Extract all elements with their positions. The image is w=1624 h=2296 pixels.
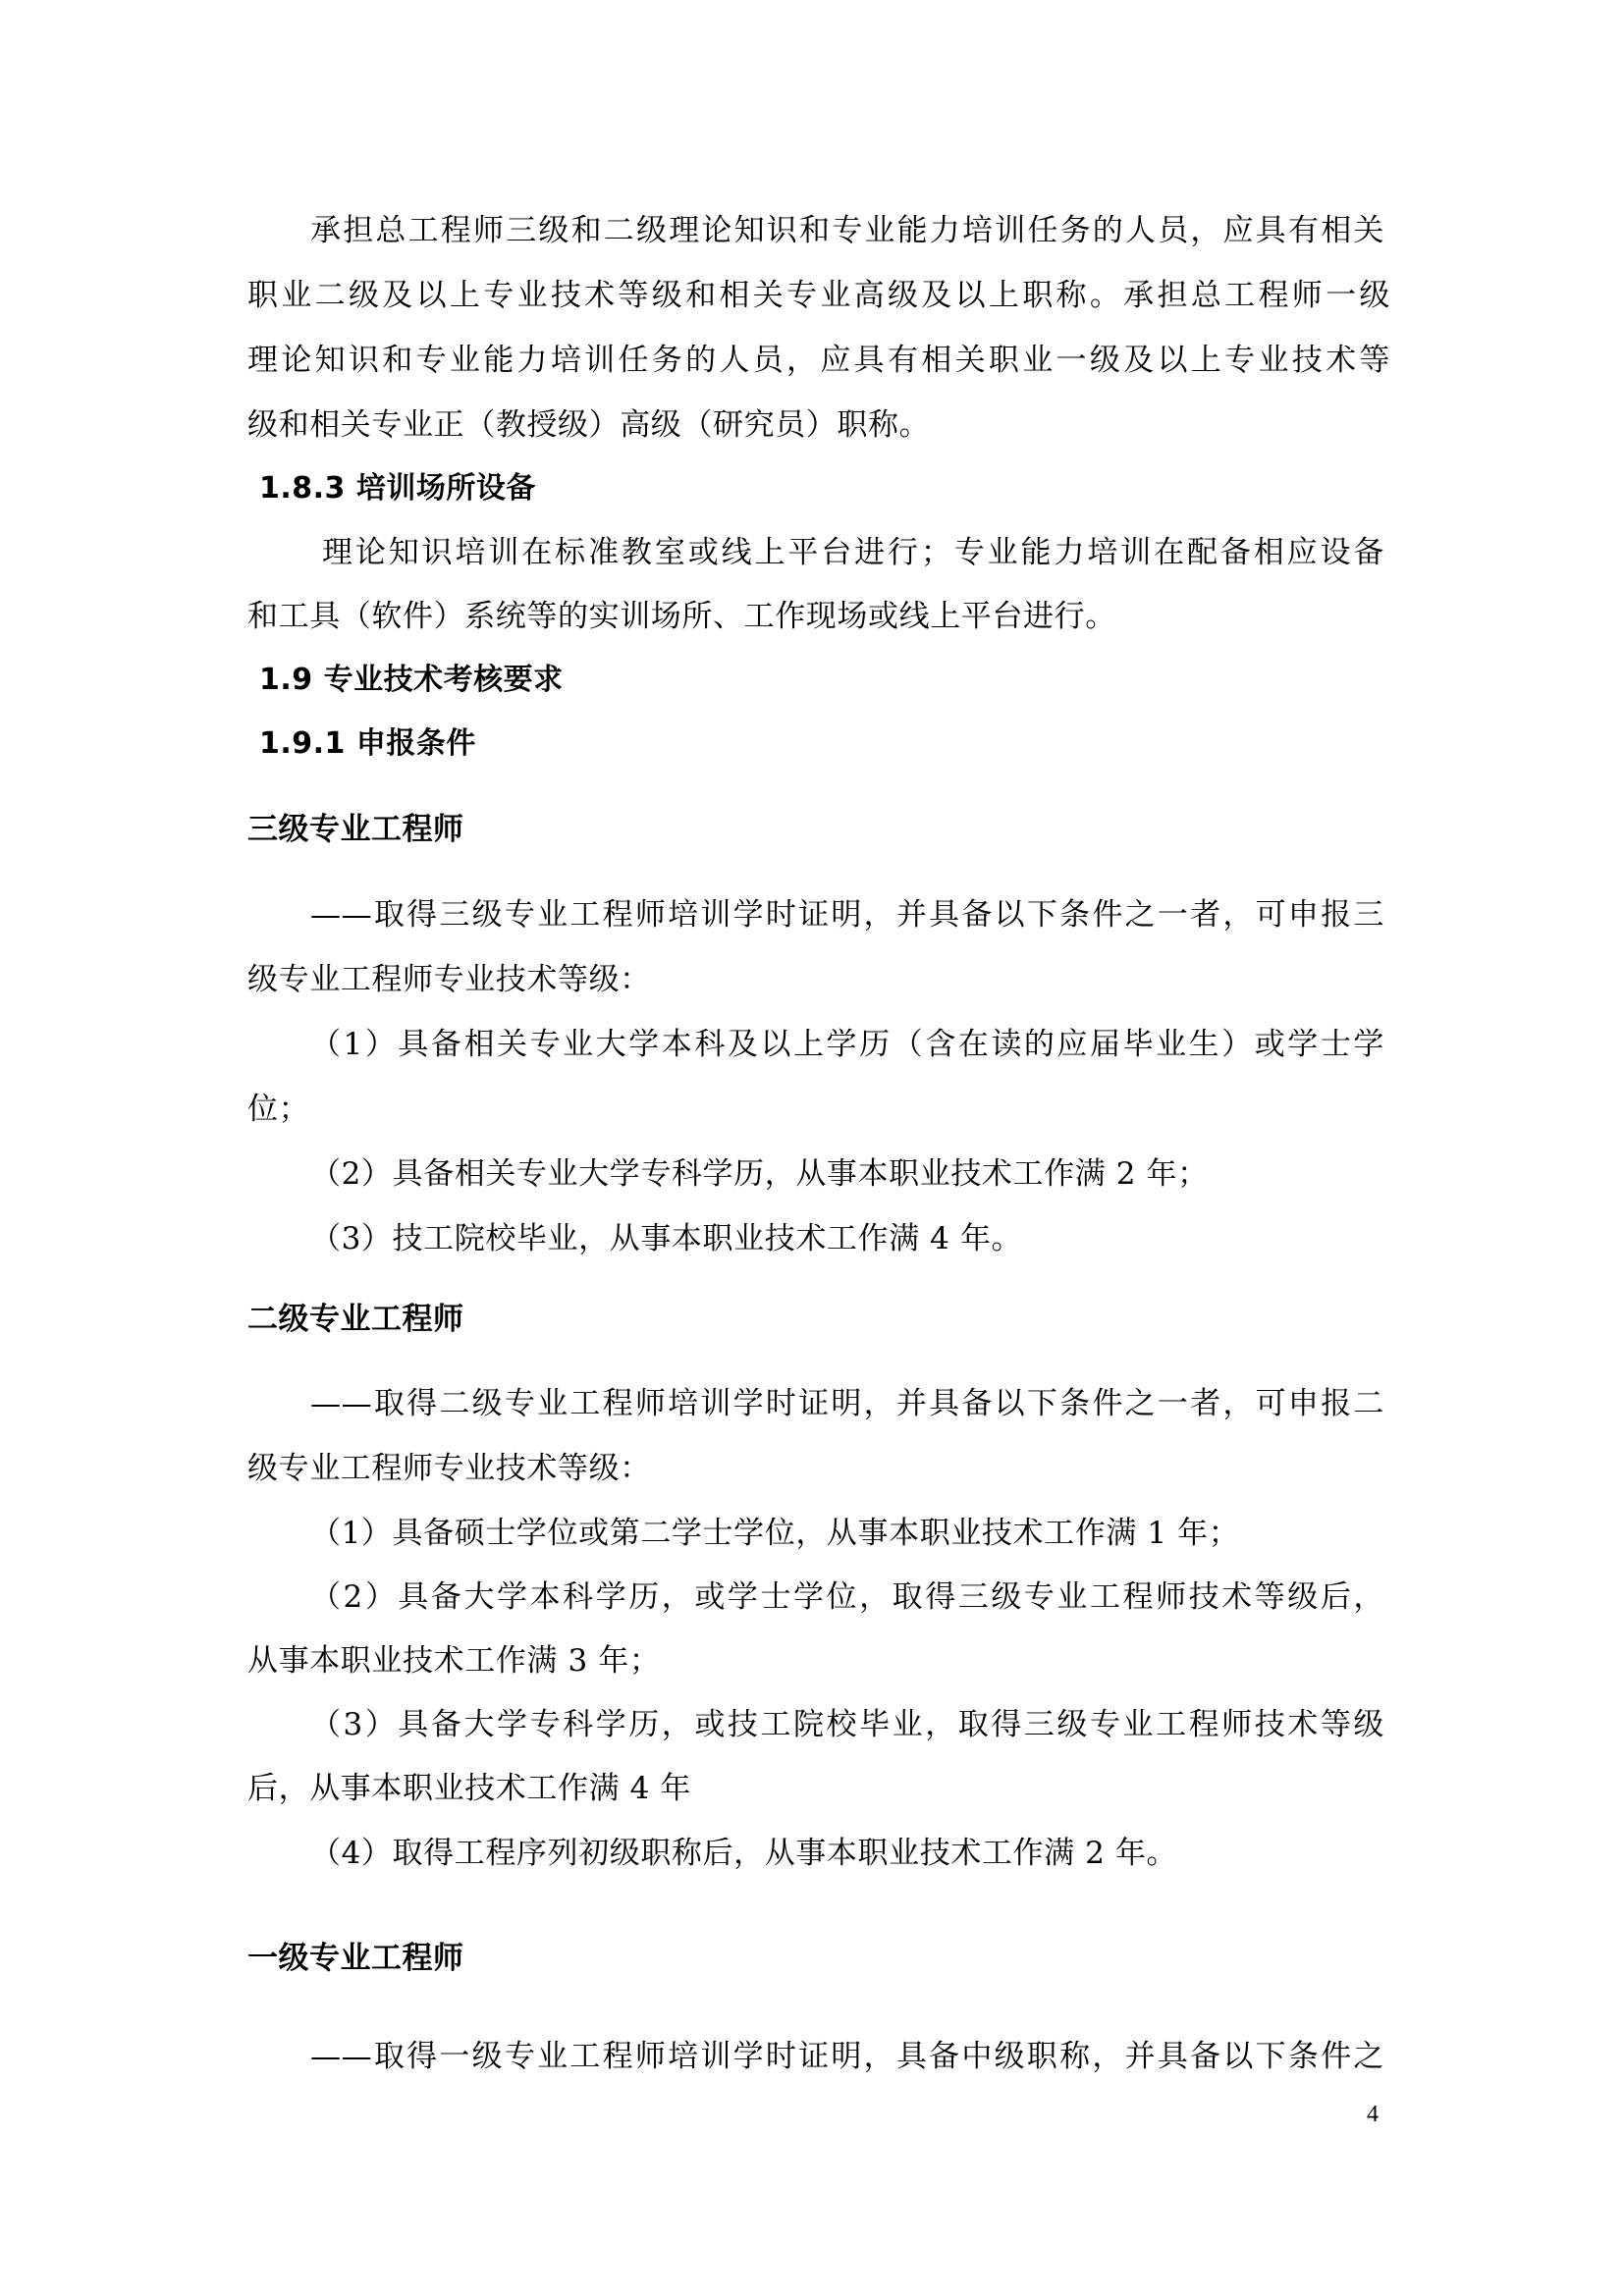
paragraph-line: ——取得二级专业工程师培训学时证明，并具备以下条件之一者，可申报二	[310, 1384, 1384, 1423]
paragraph-line: 和工具（软件）系统等的实训场所、工作现场或线上平台进行。	[247, 597, 1116, 636]
paragraph-line: 级专业工程师专业技术等级：	[247, 960, 651, 999]
paragraph-line: 级和相关专业正（教授级）高级（研究员）职称。	[247, 405, 930, 445]
list-item-line: （2）具备大学本科学历，或学士学位，取得三级专业工程师技术等级后，	[310, 1577, 1384, 1617]
list-item-line: （1）具备相关专业大学本科及以上学历（含在读的应届毕业生）或学士学	[310, 1025, 1384, 1064]
paragraph-line: 理论知识培训在标准教室或线上平台进行；专业能力培训在配备相应设备	[322, 533, 1384, 572]
level-heading-tier-3: 三级专业工程师	[247, 810, 464, 849]
paragraph-line: 职业二级及以上专业技术等级和相关专业高级及以上职称。承担总工程师一级	[247, 276, 1390, 315]
list-item-line: 从事本职业技术工作满 3 年；	[247, 1641, 660, 1681]
paragraph-line: 级专业工程师专业技术等级：	[247, 1449, 651, 1488]
section-heading-1-8-3: 1.8.3 培训场所设备	[259, 469, 536, 508]
page-number: 4	[1367, 2101, 1379, 2128]
document-page: 承担总工程师三级和二级理论知识和专业能力培训任务的人员，应具有相关 职业二级及以…	[0, 0, 1624, 2296]
paragraph-line: 承担总工程师三级和二级理论知识和专业能力培训任务的人员，应具有相关	[310, 211, 1384, 250]
section-heading-1-9-1: 1.9.1 申报条件	[259, 724, 476, 764]
level-heading-tier-1: 一级专业工程师	[247, 1939, 464, 1978]
list-item-line: （3）具备大学专科学历，或技工院校毕业，取得三级专业工程师技术等级	[310, 1705, 1384, 1744]
list-item-line: （4）取得工程序列初级职称后，从事本职业技术工作满 2 年。	[310, 1834, 1177, 1873]
list-item-line: 后，从事本职业技术工作满 4 年	[247, 1769, 691, 1808]
list-item-line: 位；	[247, 1090, 309, 1129]
list-item-line: （3）技工院校毕业，从事本职业技术工作满 4 年。	[310, 1219, 1022, 1258]
paragraph-line: 理论知识和专业能力培训任务的人员，应具有相关职业一级及以上专业技术等	[247, 341, 1390, 380]
level-heading-tier-2: 二级专业工程师	[247, 1300, 464, 1339]
paragraph-line: ——取得三级专业工程师培训学时证明，并具备以下条件之一者，可申报三	[310, 895, 1384, 934]
list-item-line: （1）具备硕士学位或第二学士学位，从事本职业技术工作满 1 年；	[310, 1514, 1239, 1553]
paragraph-line: ——取得一级专业工程师培训学时证明，具备中级职称，并具备以下条件之	[310, 2037, 1384, 2076]
list-item-line: （2）具备相关专业大学专科学历，从事本职业技术工作满 2 年；	[310, 1154, 1209, 1194]
section-heading-1-9: 1.9 专业技术考核要求	[259, 661, 564, 700]
